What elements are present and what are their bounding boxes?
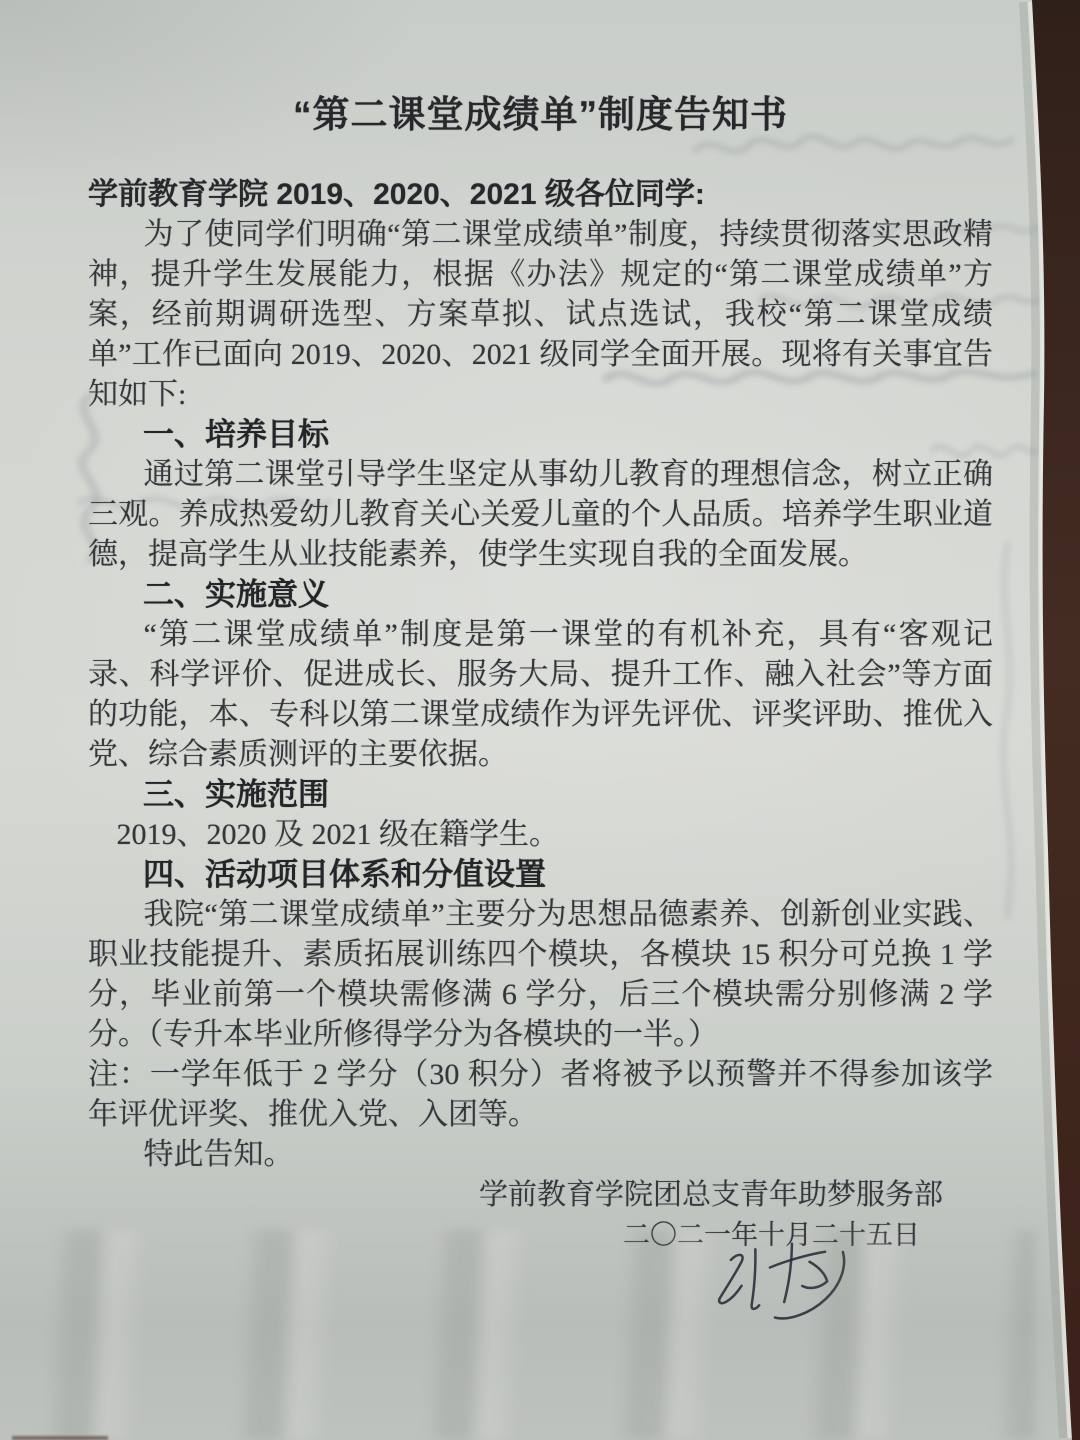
- table-edge-sliver: [12, 1436, 108, 1440]
- closing-line: 特此告知。: [88, 1135, 993, 1175]
- salutation: 学前教育学院 2019、2020、2021 级各位同学:: [88, 175, 993, 215]
- section-2-body: “第二课堂成绩单”制度是第一课堂的有机补充，具有“客观记录、科学评价、促进成长、…: [88, 615, 993, 775]
- section-2-heading: 二、实施意义: [88, 575, 993, 615]
- notice-document: “第二课堂成绩单”制度告知书 学前教育学院 2019、2020、2021 级各位…: [88, 93, 993, 1255]
- handwritten-signature: [696, 1222, 873, 1342]
- section-3-heading: 三、实施范围: [88, 775, 993, 815]
- section-1-heading: 一、培养目标: [88, 415, 993, 455]
- intro-paragraph: 为了使同学们明确“第二课堂成绩单”制度，持续贯彻落实思政精神，提升学生发展能力，…: [88, 215, 993, 415]
- paper-crease-shadows: [0, 1230, 1035, 1440]
- page-title: “第二课堂成绩单”制度告知书: [88, 93, 993, 137]
- section-4-heading: 四、活动项目体系和分值设置: [88, 855, 993, 895]
- table-edge: [1010, 0, 1080, 1440]
- section-1-body: 通过第二课堂引导学生坚定从事幼儿教育的理想信念，树立正确三观。养成热爱幼儿教育关…: [88, 455, 993, 575]
- paper-sheet: “第二课堂成绩单”制度告知书 学前教育学院 2019、2020、2021 级各位…: [0, 0, 1080, 1440]
- signer-line: 学前教育学院团总支青年助梦服务部: [88, 1175, 993, 1215]
- section-3-body: 2019、2020 及 2021 级在籍学生。: [88, 815, 993, 855]
- note-paragraph: 注：一学年低于 2 学分（30 积分）者将被予以预警并不得参加该学年评优评奖、推…: [88, 1055, 993, 1135]
- section-4-body: 我院“第二课堂成绩单”主要分为思想品德素养、创新创业实践、职业技能提升、素质拓展…: [88, 895, 993, 1055]
